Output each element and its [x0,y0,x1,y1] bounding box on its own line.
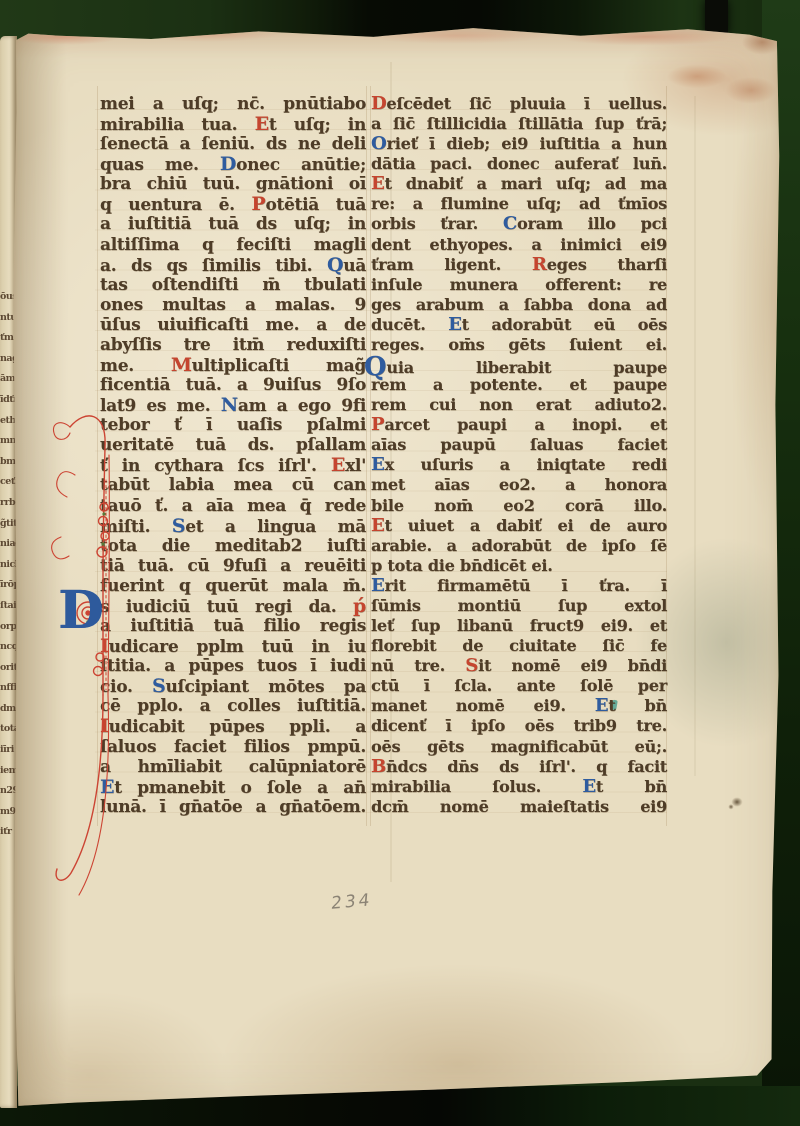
lombard-initial: S [152,675,165,697]
lombard-initial: E [371,575,385,596]
text-run: t bn̄ [596,777,667,796]
edge-text-fragment: ceťi [0,472,16,493]
text-run: ſūmis montiū ſup extol [371,596,667,615]
text-line: mei a uſq; nc̄. pnūtiabo [100,94,366,114]
edge-text-fragment: ťm [0,328,16,349]
text-line: manet nomē ei9. Et bn̄ [371,696,667,716]
text-line: met aīas eo2. a honora [371,475,667,495]
lombard-initial: Q [327,254,343,276]
text-line: dcm̄ nomē maieſtatis ei9 [371,797,667,817]
text-line: florebit de ciuitate ſic̄ fe [371,636,667,656]
text-run: a ſic̄ ſtillicidia ſtillātia ſup ťrā; [371,114,667,133]
edge-text-fragment: orit [0,658,16,679]
lombard-initial: D [371,93,386,114]
text-run: dcm̄ nomē maieſtatis ei9 [371,797,667,816]
text-run: orbis ťrar. [371,214,503,233]
text-run: quas me. [100,155,220,175]
edge-text-fragment: iīri [0,740,16,761]
text-run: udicabit pūpes ppli. a [109,717,366,737]
text-line: reges. om̄s gēts ſuient ei. [371,335,667,355]
lombard-initial: O [371,133,387,154]
text-run: a iuſtitiā tuā ds uſq; in [100,214,366,234]
black-clamp [705,0,728,36]
text-run: altiſſima q feciſti magli [100,235,366,255]
text-line: dent ethyopes. a inimici ei9 [371,235,667,255]
text-run: n̄dcs dn̄s ds iſrl'. q facit [386,757,667,776]
ink-blot-stain [727,794,747,810]
edge-text-fragment: orpi [0,617,16,638]
lombard-initial: P [251,193,265,215]
text-run: rem a potente. et paupe [371,375,667,394]
text-run: q uentura ē. [100,195,251,215]
text-line: tas oſtendiſti m̄ tbulati [100,275,366,295]
text-run: mei a uſq; nc̄. pnūtiabo [100,94,366,114]
edge-text-fragment: rrb [0,493,16,514]
lombard-initial: S [172,515,185,537]
text-line: q uentura ē. Potētiā tuā [100,194,366,214]
text-line: a ſic̄ ſtillicidia ſtillātia ſup ťrā; [371,114,667,134]
text-run: bra chiū tuū. gnātioni oī [100,174,366,194]
text-line: orbis ťrar. Coram illo pci [371,214,667,234]
text-line: ſenectā a ſeniū. ds ne deli [100,134,366,154]
edge-text-fragment: tota [0,719,16,740]
text-line: ſūmis montiū ſup extol [371,596,667,616]
lombard-initial: P [371,414,384,435]
text-line: Parcet paupi a inopi. et [371,415,667,435]
text-run: bile nom̄ eo2 corā illo. [371,496,667,515]
photographed-manuscript: ōusnturťmnagāmeīdťrethōmnebmtceťirrbg̃ti… [0,0,800,1126]
text-line: arabie. a adorabūt de ipſo ſē [371,536,667,556]
text-line: nū tre. Sit nomē ei9 bn̄di [371,656,667,676]
text-run: ultiplicaſti mag̃ [192,356,366,376]
text-line: Quia liberabit paupe [371,355,667,375]
text-line: oēs gēts magnificabūt eū;. [371,737,667,757]
edge-text-fragment: iem [0,761,16,782]
text-run: tas oſtendiſti m̄ tbulati [100,275,366,295]
edge-text-fragment: iťr [0,822,16,843]
edge-text-fragment: īdťr [0,390,16,411]
text-run: uā [343,256,366,276]
text-run: eges tharſi [547,255,667,274]
edge-text-fragment: g̃tit [0,514,16,535]
penwork-flourish-icon [45,395,141,925]
text-run: t pmanebit o ſole a an̄ [114,778,366,798]
text-run: otētiā tuā [265,195,366,215]
text-run: nū tre. [371,656,465,675]
edge-text-fragment: n29 [0,781,16,802]
edge-text-fragment: āme [0,369,16,390]
edge-text-fragment: ſtaie [0,596,16,617]
edge-text-fragment: niae [0,534,16,555]
text-line: ťram ligent. Reges tharſi [371,255,667,275]
text-line: Bn̄dcs dn̄s ds iſrl'. q facit [371,757,667,777]
edge-text-fragment: dmi [0,699,16,720]
text-run: ſenectā a ſeniū. ds ne deli [100,134,366,154]
illuminated-initial-d: D [58,582,118,644]
lombard-initial: S [465,655,478,676]
text-run: xl' [345,456,366,476]
text-line: ges arabum a ſabba dona ad [371,295,667,315]
text-run: mirabilia ſolus. [371,777,582,796]
lombard-initial: E [371,173,385,194]
edge-text-fragment: mne [0,431,16,452]
text-line: mirabilia tua. Et uſq; in [100,114,366,134]
text-run: me. [100,356,171,376]
edge-text-fragment: ncq [0,637,16,658]
text-run: t dnabiť a mari uſq; ad ma [385,174,667,193]
text-run: inſule munera offerent: re [371,275,667,294]
edge-text-fragment: nffis [0,678,16,699]
text-run: am a ego 9fi [238,396,366,416]
text-line: ficentiā tuā. a 9uiſus 9ſo [100,375,366,395]
text-run: florebit de ciuitate ſic̄ fe [371,636,667,655]
text-line: ones multas a malas. 9 [100,295,366,315]
text-run: eſcēdet ſic̄ pluuia ī uellus. [386,94,667,113]
rust-stain [661,54,781,110]
text-run: arcet paupi a inopi. et [384,415,667,434]
text-line: Et uiuet a dabiť ei de auro [371,516,667,536]
text-run: abyſſis tre itm̄ reduxiſti [100,335,366,355]
text-line: Ex uſuris a iniqtate redi [371,455,667,475]
lombard-initial: E [582,776,596,797]
lombard-initial: C [503,213,517,234]
text-line: bra chiū tuū. gnātioni oī [100,174,366,194]
text-run: manet nomē ei9. [371,696,595,715]
edge-text-fragment: īrōp [0,575,16,596]
text-run: oram illo pci [517,214,667,233]
text-line: inſule munera offerent: re [371,275,667,295]
lombard-initial: E [595,695,609,716]
text-run: t bn̄ [608,696,667,715]
text-line: a. ds qs ſimilis tibi. Quā [100,255,366,275]
text-run: aīas paupū ſaluas faciet [371,435,667,454]
text-run: ficentiā tuā. a 9uiſus 9ſo [100,375,366,395]
text-line: re: a flumine uſq; ad ťmīos [371,194,667,214]
text-run: t adorabūt eū oēs [462,315,667,334]
text-line: bile nom̄ eo2 corā illo. [371,496,667,516]
pencil-folio-number: 234 [330,890,373,914]
text-line: Erit firmamētū ī ťra. ī [371,576,667,596]
text-run: arabie. a adorabūt de ipſo ſē [371,536,667,555]
text-line: leť ſup libanū fruct9 ei9. et [371,616,667,636]
lombard-initial: E [448,314,462,335]
text-run: reges. om̄s gēts ſuient ei. [371,335,667,354]
text-line: ūſus uiuificaſti me. a de [100,315,366,335]
lombard-initial: R [532,254,547,275]
lombard-initial: E [371,454,385,475]
text-line: aīas paupū ſaluas faciet [371,435,667,455]
text-line: p tota die bn̄dicēt ei. [371,556,667,576]
lombard-initial: Q [364,352,386,382]
text-line: me. Multiplicaſti mag̃ [100,355,366,375]
text-run: x uſuris a iniqtate redi [385,455,667,474]
text-run: dicenť ī ipſo oēs trib9 tre. [371,716,667,735]
text-run: met aīas eo2. a honora [371,475,667,494]
text-line: quas me. Donec anūtie; [100,154,366,174]
text-run: ťram ligent. [371,255,532,274]
edge-text-fragments: ōusnturťmnagāmeīdťrethōmnebmtceťirrbg̃ti… [0,287,16,843]
lombard-initial: D [220,153,236,175]
text-line: Deſcēdet ſic̄ pluuia ī uellus. [371,94,667,114]
text-line: altiſſima q feciſti magli [100,235,366,255]
text-line: rem a potente. et paupe [371,375,667,395]
lombard-initial: E [331,454,345,476]
text-line: rem cui non erat adiuto2. [371,395,667,415]
text-run: ges arabum a ſabba dona ad [371,295,667,314]
text-run: p tota die bn̄dicēt ei. [371,556,553,575]
text-run: mirabilia tua. [100,115,255,135]
edge-text-fragment: bmt [0,452,16,473]
text-run: onec anūtie; [236,155,366,175]
text-line: Et dnabiť a mari uſq; ad ma [371,174,667,194]
text-line: a iuſtitiā tuā ds uſq; in [100,214,366,234]
text-run: dātia paci. donec auferať lun̄. [371,154,667,173]
edge-text-fragment: nag [0,349,16,370]
text-run: ones multas a malas. 9 [100,295,366,315]
text-run: et a lingua mā [185,517,366,537]
text-column-right: Deſcēdet ſic̄ pluuia ī uellus.a ſic̄ ſti… [371,94,667,817]
text-run: ūſus uiuificaſti me. a de [100,315,366,335]
text-line: Orieť ī dieb; ei9 iuſtitia a hun [371,134,667,154]
parchment-crease [694,96,696,776]
text-run: dent ethyopes. a inimici ei9 [371,235,667,254]
edge-text-fragment: nich [0,555,16,576]
text-run: t uiuet a dabiť ei de auro [385,516,667,535]
lombard-initial: N [221,394,238,416]
vertical-rule [366,86,367,826]
text-line: dātia paci. donec auferať lun̄. [371,154,667,174]
lombard-initial: E [255,113,269,135]
text-run: rit firmamētū ī ťra. ī [385,576,667,595]
edge-text-fragment: m9- [0,802,16,823]
lombard-initial: M [171,354,192,376]
text-run: re: a flumine uſq; ad ťmīos [371,194,667,213]
text-line: mirabilia ſolus. Et bn̄ [371,777,667,797]
manuscript-page: D mei a uſq; nc̄. pnūtiabomirabilia tua.… [13,26,780,1108]
text-run: udicare pplm tuū in iu [109,637,366,657]
edge-text-fragment: ethō [0,411,16,432]
text-run: ducēt. [371,315,448,334]
text-run: a. ds qs ſimilis tibi. [100,256,327,276]
text-run: rem cui non erat adiuto2. [371,395,667,414]
text-line: abyſſis tre itm̄ reduxiſti [100,335,366,355]
text-run: leť ſup libanū fruct9 ei9. et [371,616,667,635]
text-run: ctū ī ſcla. ante ſolē per [371,676,667,695]
lombard-initial: E [371,515,385,536]
text-run: rieť ī dieb; ei9 iuſtitia a hun [387,134,668,153]
text-run: oēs gēts magnificabūt eū;. [371,737,667,756]
lombard-initial: B [371,756,386,777]
text-line: ducēt. Et adorabūt eū oēs [371,315,667,335]
text-run: t uſq; in [269,115,366,135]
lombard-initial: ṕ [353,595,366,617]
text-run: it nomē ei9 bn̄di [478,656,667,675]
text-run: uſcipiant mōtes pa [165,677,366,697]
text-line: dicenť ī ipſo oēs trib9 tre. [371,716,667,736]
text-line: ctū ī ſcla. ante ſolē per [371,676,667,696]
